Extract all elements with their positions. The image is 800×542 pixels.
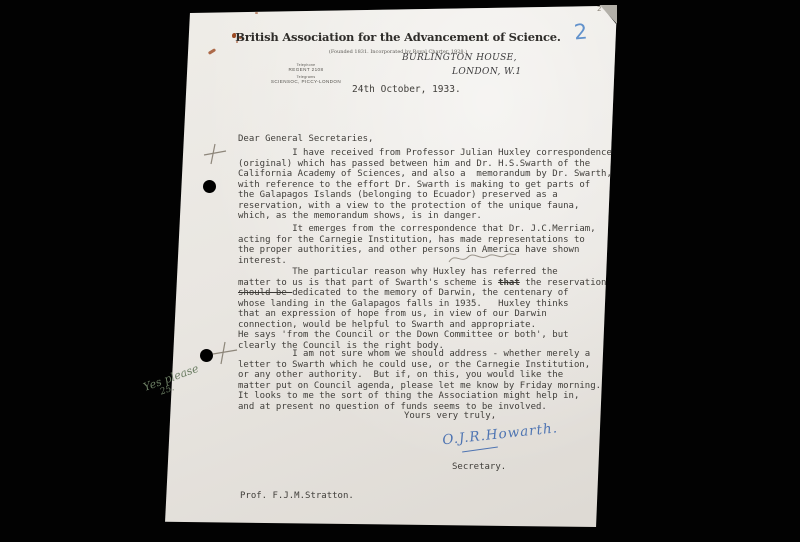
letterhead-contact-block: Telephone REGENT 2108 Telegrams SCIENSOC… xyxy=(256,63,356,87)
struck-word: that xyxy=(498,278,520,288)
paragraph-4: I am not sure whom we should address - w… xyxy=(238,349,601,412)
telegrams-value: SCIENSOC, PICCY-LONDON xyxy=(256,79,356,84)
pencil-cross-mark xyxy=(203,142,227,166)
paragraph-2: It emerges from the correspondence that … xyxy=(238,224,596,266)
page-number-ink: 2 xyxy=(573,19,588,44)
letter-date: 24th October, 1933. xyxy=(352,85,461,96)
paragraph-3-text: the reservation xyxy=(520,278,607,288)
rust-stain xyxy=(255,12,258,14)
address-line-2: LONDON, W.1 xyxy=(452,67,522,77)
struck-words: should be xyxy=(238,288,292,298)
letter-photo: 2 2 British Association for the Advancem… xyxy=(0,0,800,542)
page-number-pencil: 2 xyxy=(597,5,601,13)
pencil-cross-mark xyxy=(212,340,238,366)
closing: Yours very truly, xyxy=(404,411,496,422)
signoff-title: Secretary. xyxy=(452,462,506,473)
letterhead-title: British Association for the Advancement … xyxy=(233,30,563,44)
paragraph-3: The particular reason why Huxley has ref… xyxy=(238,267,606,351)
address-line-1: BURLINGTON HOUSE, xyxy=(402,53,517,63)
recipient: Prof. F.J.M.Stratton. xyxy=(240,491,354,502)
paragraph-1: I have received from Professor Julian Hu… xyxy=(238,148,612,222)
punch-hole xyxy=(203,180,216,193)
pencil-scribble-annotation xyxy=(446,249,518,267)
salutation: Dear General Secretaries, xyxy=(238,134,373,145)
telephone-value: REGENT 2108 xyxy=(256,67,356,72)
